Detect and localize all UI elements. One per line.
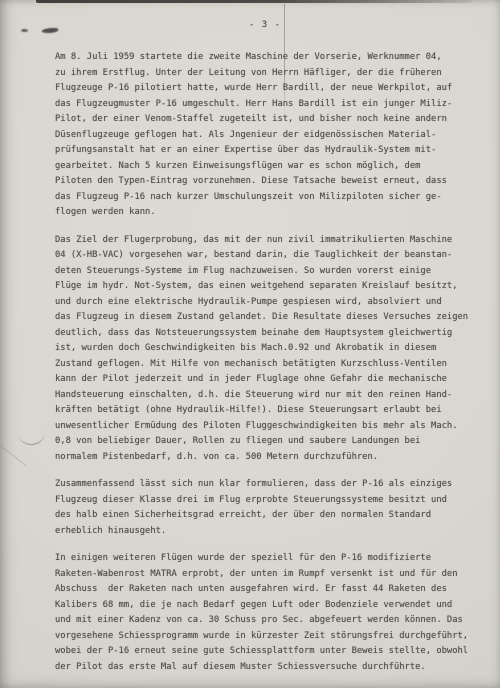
scan-top-edge <box>36 0 472 3</box>
scanned-document-page: - 3 - Am 8. Juli 1959 startete die zweit… <box>0 0 500 688</box>
paragraph-flight-test-goal: Das Ziel der Flugerprobung, das mit der … <box>55 233 479 466</box>
paragraph-first-flight: Am 8. Juli 1959 startete die zweite Masc… <box>55 50 479 221</box>
paragraph-rocket-trials: In einigen weiteren Flügen wurde der spe… <box>55 551 479 675</box>
paragraph-summary: Zusammenfassend lässt sich nun klar form… <box>55 477 479 539</box>
document-text-block: Am 8. Juli 1959 startete die zweite Masc… <box>55 50 479 687</box>
edge-crease-line <box>0 445 27 467</box>
pen-stroke-mark <box>17 429 46 447</box>
page-number: - 3 - <box>55 20 475 30</box>
ink-smudge-mark <box>21 29 28 32</box>
